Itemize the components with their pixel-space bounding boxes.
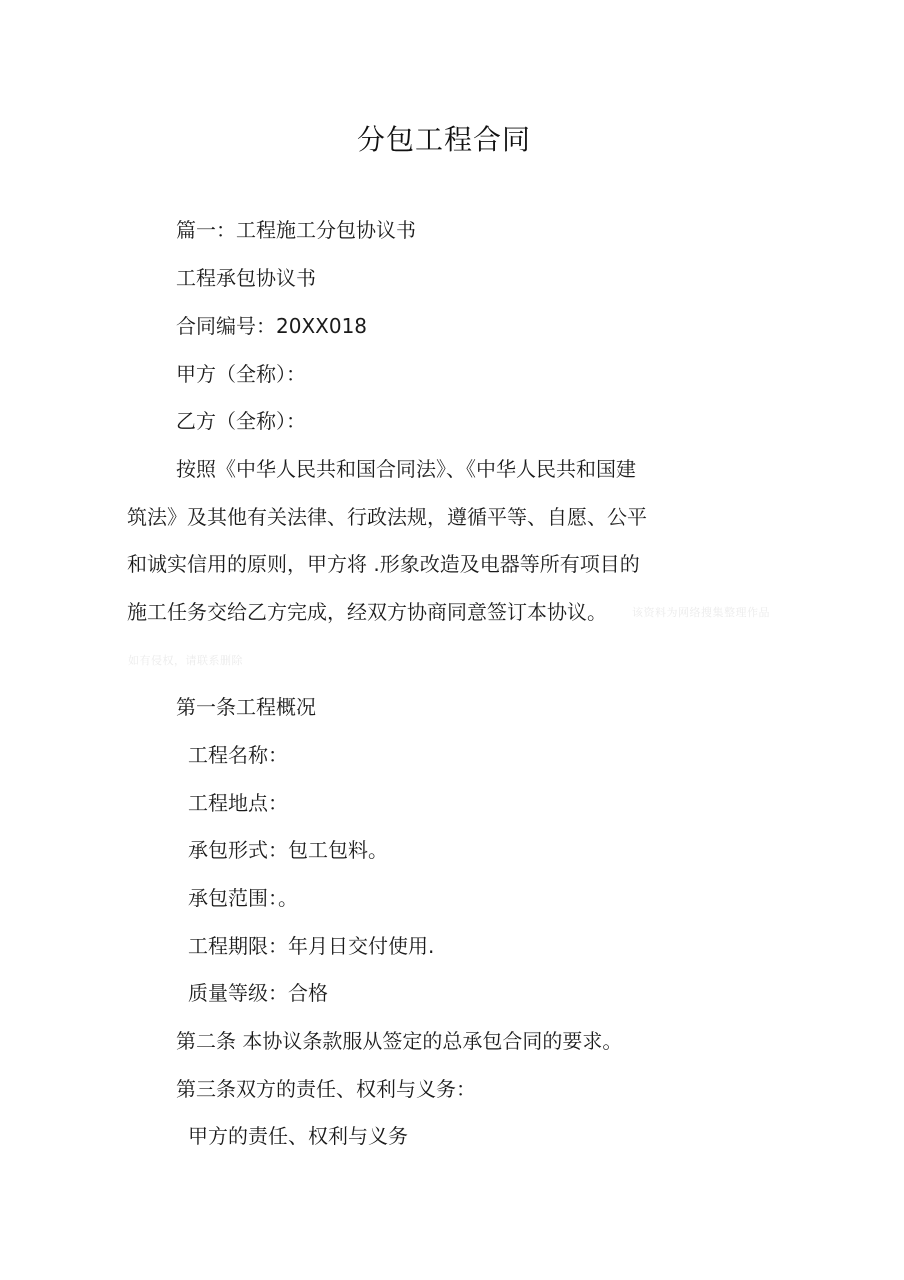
party-b-field: 乙方（全称）： [176, 407, 306, 435]
section-heading-part-one: 篇一：工程施工分包协议书 [176, 216, 416, 244]
preamble-paragraph-line-2: 筑法》及其他有关法律、行政法规，遵循平等、自愿、公平 [127, 503, 647, 531]
faint-watermark-text: 该资料为网络搜集整理作品 [632, 606, 770, 620]
preamble-paragraph-line-1: 按照《中华人民共和国合同法》、《中华人民共和国建 [176, 455, 636, 483]
contract-form-field: 承包形式：包工包料。 [188, 836, 388, 864]
project-name-field: 工程名称： [188, 741, 288, 769]
faint-watermark-text: 如有侵权，请联系删除 [128, 654, 243, 668]
article-1-heading: 第一条工程概况 [176, 693, 316, 721]
project-period-field: 工程期限：年月日交付使用. [188, 932, 434, 960]
document-page: 分包工程合同 篇一：工程施工分包协议书 工程承包协议书 合同编号：20XX018… [0, 0, 904, 1280]
quality-grade-field: 质量等级：合格 [188, 979, 328, 1007]
preamble-paragraph-line-3: 和诚实信用的原则，甲方将 .形象改造及电器等所有项目的 [127, 550, 640, 578]
project-location-field: 工程地点： [188, 789, 288, 817]
preamble-paragraph-line-4: 施工任务交给乙方完成，经双方协商同意签订本协议。 [127, 598, 607, 626]
document-title: 分包工程合同 [0, 122, 888, 158]
contract-number: 合同编号：20XX018 [176, 312, 367, 340]
contract-scope-field: 承包范围：。 [188, 884, 298, 912]
party-a-field: 甲方（全称）： [176, 360, 306, 388]
article-3-heading: 第三条双方的责任、权利与义务： [176, 1075, 476, 1103]
article-2-text: 第二条 本协议条款服从签定的总承包合同的要求。 [176, 1027, 622, 1055]
party-a-duties-heading: 甲方的责任、权利与义务 [188, 1122, 408, 1150]
agreement-subtitle: 工程承包协议书 [176, 264, 316, 292]
